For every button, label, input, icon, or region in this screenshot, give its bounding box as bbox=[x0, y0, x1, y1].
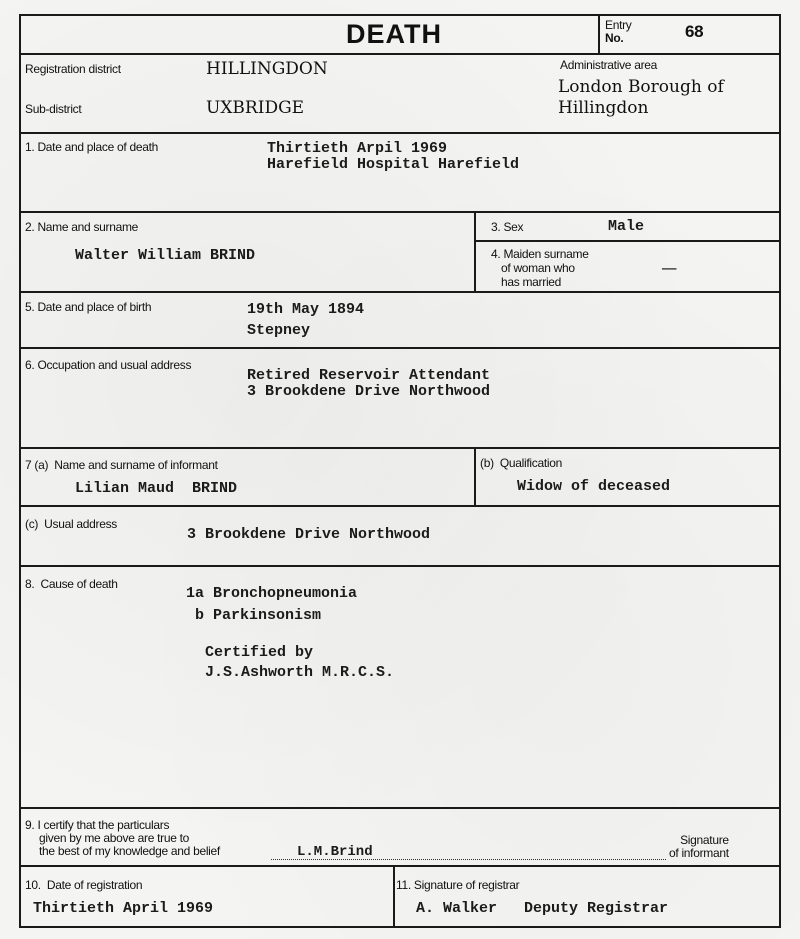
informant-name-value: Lilian Maud BRIND bbox=[75, 480, 237, 498]
date-place-of-death-label: 1. Date and place of death bbox=[25, 140, 158, 154]
subdistrict-value: UXBRIDGE bbox=[206, 98, 304, 118]
place-of-death-value: Harefield Hospital Harefield bbox=[267, 156, 519, 174]
maiden-surname-label: 4. Maiden surname of woman who has marri… bbox=[491, 247, 589, 289]
cause-of-death-1b: b Parkinsonism bbox=[186, 607, 321, 625]
signature-of-informant-label: Signature of informant bbox=[669, 834, 729, 860]
administrative-area-line1: London Borough of bbox=[558, 77, 724, 97]
divider bbox=[21, 447, 779, 449]
entry-label: Entry No. bbox=[605, 19, 632, 45]
certifier-name: J.S.Ashworth M.R.C.S. bbox=[205, 664, 394, 682]
cause-of-death-1a: 1a Bronchopneumonia bbox=[186, 585, 357, 603]
date-of-registration-label: 10. Date of registration bbox=[25, 878, 142, 892]
place-of-birth-value: Stepney bbox=[247, 322, 310, 340]
sex-value: Male bbox=[608, 218, 644, 236]
divider bbox=[21, 291, 779, 293]
entry-divider bbox=[598, 16, 600, 54]
divider bbox=[21, 132, 779, 134]
administrative-area-line2: Hillingdon bbox=[558, 98, 648, 118]
subdistrict-label: Sub-district bbox=[25, 102, 81, 116]
certificate-page: DEATH Entry No. 68 Registration district… bbox=[0, 0, 800, 939]
certified-by-label: Certified by bbox=[205, 644, 313, 662]
sex-label: 3. Sex bbox=[491, 220, 523, 234]
divider bbox=[21, 505, 779, 507]
date-of-registration-value: Thirtieth April 1969 bbox=[33, 900, 213, 918]
certificate-title: DEATH bbox=[346, 19, 442, 50]
registration-district-value: HILLINGDON bbox=[206, 59, 328, 79]
divider bbox=[21, 347, 779, 349]
date-place-of-birth-label: 5. Date and place of birth bbox=[25, 300, 151, 314]
divider bbox=[474, 211, 476, 293]
deceased-name-value: Walter William BRIND bbox=[75, 247, 255, 265]
informant-address-label: (c) Usual address bbox=[25, 517, 117, 531]
divider bbox=[474, 447, 476, 506]
header-divider bbox=[21, 53, 779, 55]
qualification-label: (b) Qualification bbox=[480, 456, 562, 470]
informant-signature: L.M.Brind bbox=[297, 843, 373, 861]
registrar-signature-label: 11. Signature of registrar bbox=[396, 878, 519, 892]
certification-statement: 9. I certify that the particulars given … bbox=[25, 819, 220, 858]
date-of-birth-value: 19th May 1894 bbox=[247, 301, 364, 319]
name-surname-label: 2. Name and surname bbox=[25, 220, 138, 234]
usual-address-value: 3 Brookdene Drive Northwood bbox=[247, 383, 490, 401]
divider bbox=[474, 240, 779, 242]
registration-district-label: Registration district bbox=[25, 62, 121, 76]
entry-number: 68 bbox=[685, 25, 703, 39]
divider bbox=[393, 865, 395, 928]
cause-of-death-label: 8. Cause of death bbox=[25, 577, 118, 591]
occupation-address-label: 6. Occupation and usual address bbox=[25, 358, 191, 372]
divider bbox=[21, 211, 779, 213]
divider bbox=[21, 565, 779, 567]
maiden-surname-value: —— bbox=[662, 260, 676, 278]
qualification-value: Widow of deceased bbox=[517, 478, 670, 496]
divider bbox=[21, 807, 779, 809]
registrar-signature-value: A. Walker Deputy Registrar bbox=[416, 900, 668, 918]
divider bbox=[21, 865, 779, 867]
informant-name-label: 7 (a) Name and surname of informant bbox=[25, 458, 218, 472]
informant-address-value: 3 Brookdene Drive Northwood bbox=[187, 526, 430, 544]
death-certificate-form: DEATH Entry No. 68 Registration district… bbox=[19, 14, 781, 928]
administrative-area-label: Administrative area bbox=[560, 58, 657, 72]
